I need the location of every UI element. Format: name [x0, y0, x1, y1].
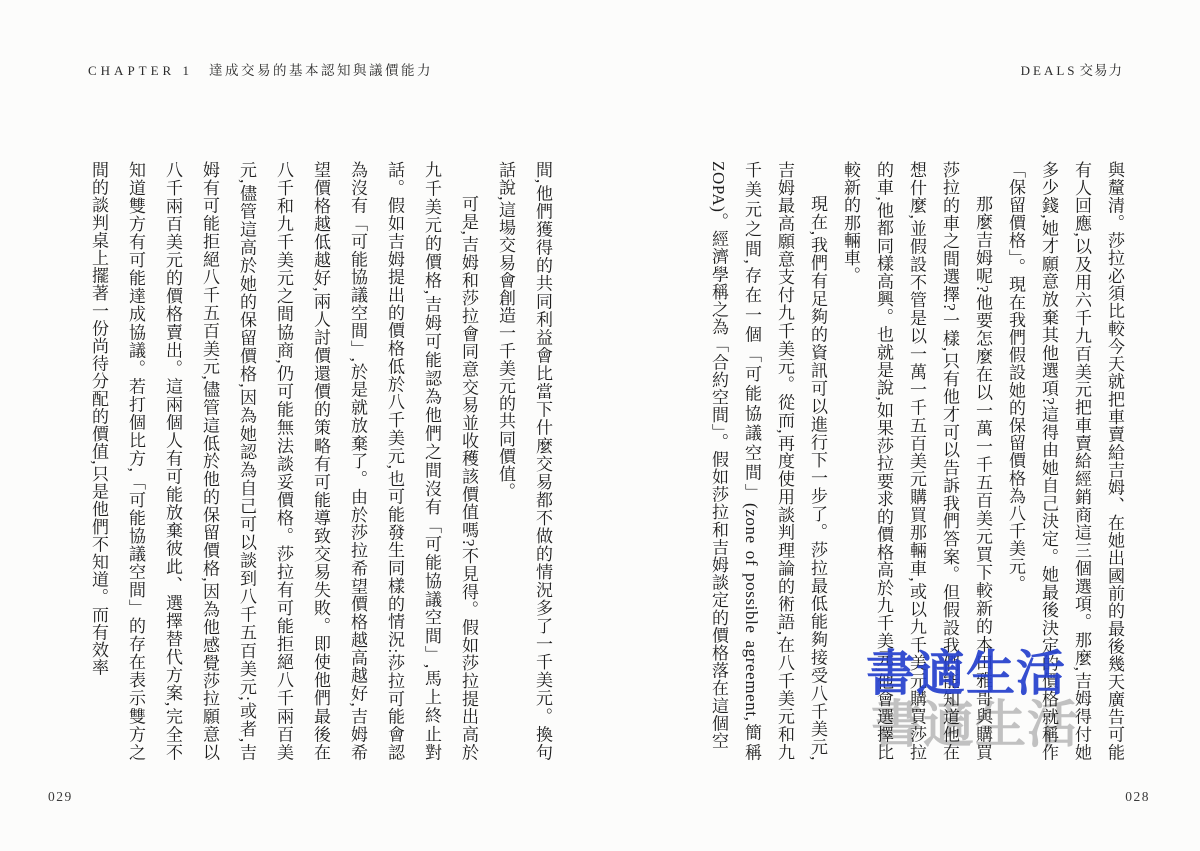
book-brand-en: DEALS	[1021, 63, 1078, 78]
book-spread: CHAPTER 1達成交易的基本認知與議價能力 DEALS交易力 與釐清。莎拉必…	[0, 0, 1200, 851]
paragraph: 間,他們獲得的共同利益會比當下什麼交易都不做的情況多了一千美元。換句話說,這場交…	[487, 161, 561, 761]
running-head-left: CHAPTER 1達成交易的基本認知與議價能力	[88, 59, 433, 79]
chapter-label: CHAPTER 1	[88, 63, 193, 78]
paragraph: 現在,我們有足夠的資訊可以進行下一步了。莎拉最低能夠接受八千美元,吉姆最高願意支…	[702, 161, 834, 761]
page-number-right: 028	[1125, 789, 1150, 805]
book-brand-zh: 交易力	[1080, 63, 1124, 78]
chapter-title: 達成交易的基本認知與議價能力	[209, 63, 433, 78]
left-page-text: 間,他們獲得的共同利益會比當下什麼交易都不做的情況多了一千美元。換句話說,這場交…	[61, 161, 561, 761]
running-head-right: DEALS交易力	[1021, 59, 1123, 79]
page-number-left: 029	[48, 789, 73, 805]
watermark-blue: 書適生活	[866, 635, 1066, 705]
paragraph: 可是,吉姆和莎拉會同意交易並收穫該價值嗎?不見得。假如莎拉提出高於九千美元的價格…	[80, 161, 487, 761]
